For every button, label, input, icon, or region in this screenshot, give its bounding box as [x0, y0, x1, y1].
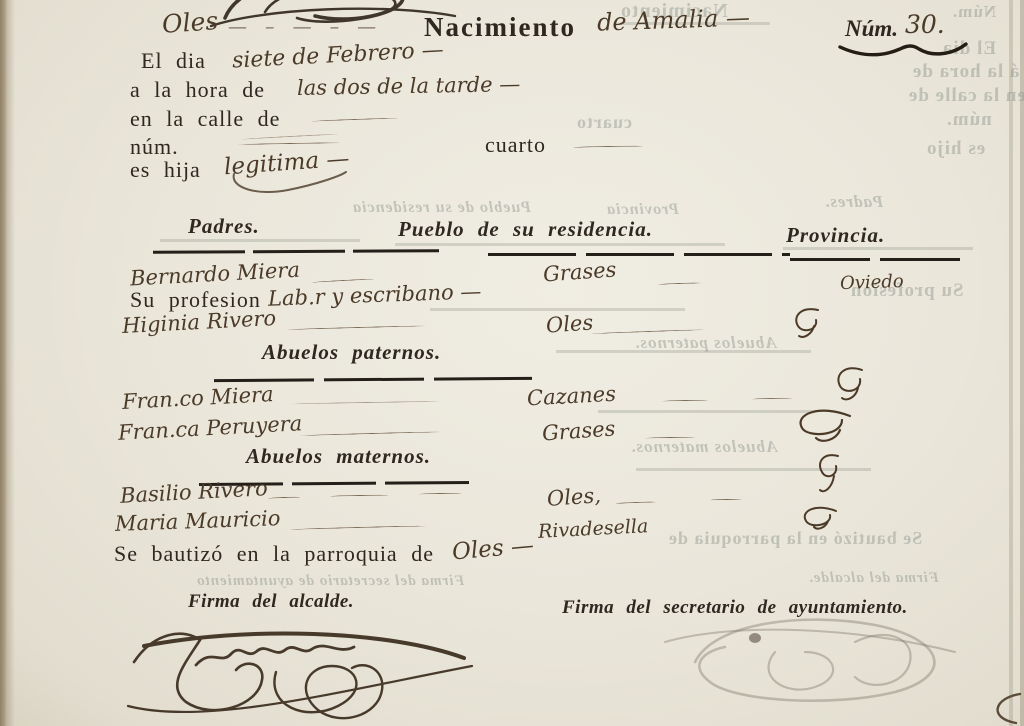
- maternal-grandmother-name: Maria Mauricio: [115, 506, 281, 536]
- bleed-text: es hijo: [926, 138, 985, 160]
- paternal-grandfather-residence: Cazanes: [526, 382, 616, 411]
- baptism-parish-value: Oles —: [451, 532, 535, 565]
- page-left-edge: [0, 0, 7, 726]
- row-dash: [312, 278, 374, 282]
- place-value: Oles: [161, 6, 219, 39]
- paternal-grandmother-residence: Grases: [541, 416, 616, 445]
- column-header-parents: Padres.: [188, 214, 260, 239]
- row-dash: [330, 494, 388, 496]
- street-blank-line: [312, 117, 398, 121]
- ghost-signature-ink: [655, 606, 967, 712]
- room-label: cuarto: [485, 132, 546, 158]
- maternal-grandfather-name: Basilio Rivero: [119, 476, 268, 508]
- row-dash: [418, 493, 462, 495]
- column-header-province: Provincia.: [786, 223, 885, 248]
- father-province: Oviedo: [840, 271, 904, 294]
- hour-label: a la hora de: [130, 77, 265, 103]
- hour-value: las dos de la tarde —: [297, 72, 521, 100]
- corner-ink-curl: [982, 690, 1024, 726]
- bleed-rule: [160, 239, 360, 242]
- row-dash: [615, 501, 657, 503]
- child-status-label: es hija: [130, 157, 201, 183]
- row-line: [290, 401, 440, 405]
- header-rule-left: [153, 249, 439, 253]
- father-residence: Grases: [542, 257, 617, 286]
- child-name-value: de Amalia —: [597, 3, 751, 36]
- row-dash: [710, 499, 742, 501]
- bleed-text: Firma del alcalde.: [808, 570, 939, 587]
- number-label: Núm.: [845, 16, 898, 42]
- bleed-text: en la calle de: [908, 85, 1024, 107]
- mother-residence: Oles: [545, 310, 594, 337]
- bleed-rule: [430, 308, 685, 311]
- place-trailing-dashes: — – — – —: [228, 16, 382, 38]
- row-line: [288, 525, 426, 530]
- row-line: [287, 325, 427, 330]
- maternal-grandfather-residence: Oles,: [546, 483, 601, 511]
- number-underline-flourish: [838, 40, 970, 60]
- profession-value: Lab.r y escribano —: [268, 279, 482, 310]
- row-dash: [657, 282, 701, 285]
- scanned-birth-record-page: Nacimiento Núm. El dia á la hora de en l…: [0, 0, 1024, 726]
- room-blank-line: [573, 145, 643, 147]
- column-header-residence: Pueblo de su residencia.: [398, 217, 653, 242]
- bleed-rule: [598, 410, 813, 413]
- ditto-mark-icon: [812, 450, 848, 498]
- row-dash: [752, 398, 792, 400]
- baptism-label: Se bautizó en la parroquia de: [114, 541, 434, 567]
- bleed-text: Abuelos maternos.: [630, 437, 777, 457]
- ditto-mark-icon: [830, 364, 872, 404]
- bleed-rule: [395, 243, 725, 246]
- paternal-grandfather-name: Fran.co Miera: [121, 382, 274, 414]
- street-label: en la calle de: [130, 106, 280, 132]
- bleed-text: á la hora de: [912, 61, 1020, 83]
- bleed-text: núm.: [946, 109, 992, 131]
- ditto-mark-icon: [790, 402, 866, 446]
- bleed-text: Núm.: [952, 2, 996, 22]
- maternal-grandmother-residence: Rivadesella: [537, 515, 648, 543]
- number-blank-line: [238, 142, 340, 145]
- day-value: siete de Febrero —: [231, 37, 444, 73]
- mayor-signature-ink: [126, 610, 478, 726]
- form-title: Nacimiento: [424, 12, 576, 43]
- page-right-crease: [1009, 0, 1013, 726]
- row-dash: [662, 400, 708, 402]
- page-right-edge: [1020, 0, 1024, 726]
- number-blank-line-2: [242, 133, 338, 139]
- paternal-grandparents-heading: Abuelos paternos.: [262, 340, 441, 365]
- bleed-text: cuarto: [576, 112, 632, 133]
- ditto-mark-icon: [788, 306, 830, 342]
- header-rule-right: [790, 258, 968, 261]
- bleed-text: Pueblo de su residencia: [352, 199, 531, 217]
- bleed-text: Firma del secretario de ayuntamiento: [196, 573, 465, 590]
- bleed-text: Padres.: [824, 192, 883, 212]
- number-value: 30.: [905, 10, 945, 39]
- day-label: El dia: [141, 48, 206, 74]
- legitima-flourish: [228, 172, 348, 198]
- maternal-grandparents-heading: Abuelos maternos.: [246, 444, 431, 469]
- header-rule-middle: [488, 253, 790, 256]
- ditto-mark-icon: [796, 503, 846, 533]
- row-line: [300, 431, 442, 436]
- paternal-grandmother-name: Fran.ca Peruyera: [117, 411, 302, 445]
- bleed-text: Abuelos paternos.: [634, 333, 777, 353]
- page-left-edge-shadow: [7, 0, 15, 726]
- row-dash: [268, 496, 300, 498]
- paternal-rule: [214, 377, 532, 382]
